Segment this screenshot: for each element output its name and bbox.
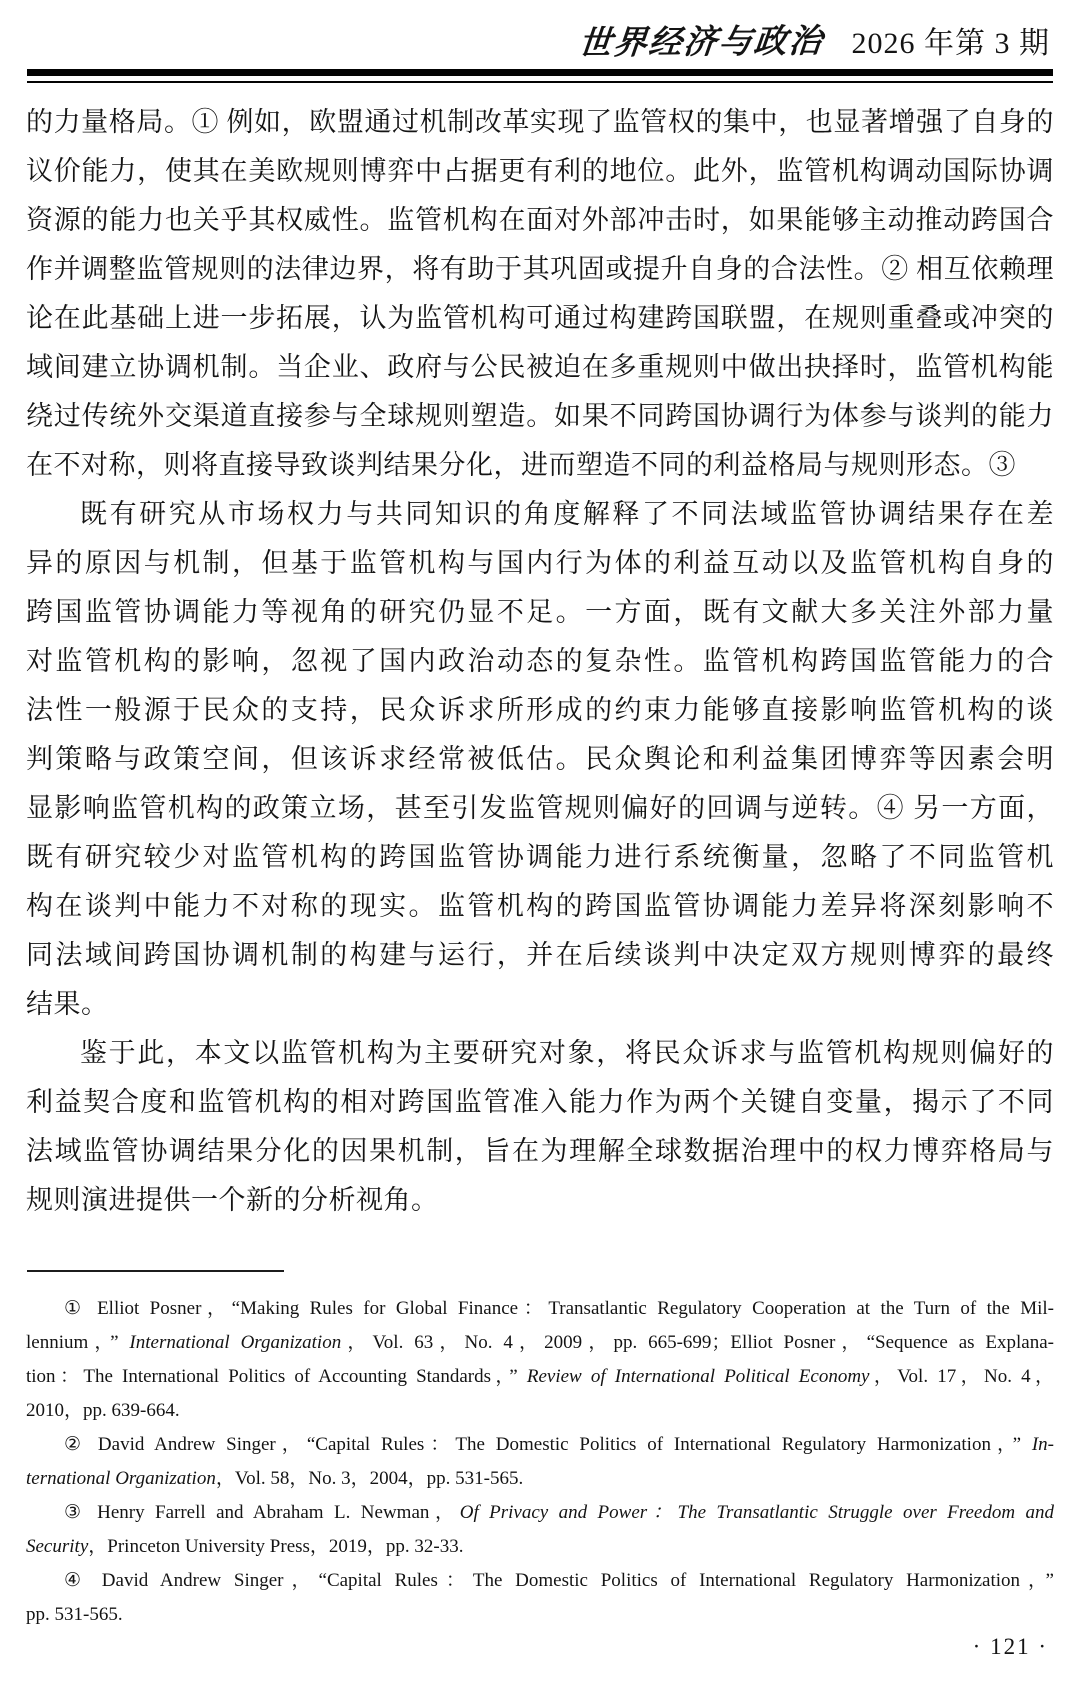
body-line: 法域监管协调结果分化的因果机制，旨在为理解全球数据治理中的权力博弈格局与 (26, 1127, 1054, 1176)
footnote-line: ③ Henry Farrell and Abraham L. Newman，Of… (26, 1496, 1054, 1530)
body-line: 资源的能力也关乎其权威性。监管机构在面对外部冲击时，如果能够主动推动跨国合 (26, 196, 1054, 245)
body-line: 结果。 (26, 980, 1054, 1029)
footnote-line: ② David Andrew Singer，“Capital Rules：The… (26, 1428, 1054, 1462)
body-line: 构在谈判中能力不对称的现实。监管机构的跨国监管协调能力差异将深刻影响不 (26, 882, 1054, 931)
footnote-line: Security，Princeton University Press，2019… (26, 1530, 1054, 1564)
body-line: 跨国监管协调能力等视角的研究仍显不足。一方面，既有文献大多关注外部力量 (26, 588, 1054, 637)
footnote-text-segment: ② David Andrew Singer，“Capital Rules：The… (64, 1434, 1032, 1455)
footnote-text-segment: ，Princeton University Press，2019，pp. 32-… (88, 1536, 463, 1557)
footnotes: ① Elliot Posner，“Making Rules for Global… (26, 1292, 1054, 1632)
body-line: 域间建立协调机制。当企业、政府与公民被迫在多重规则中做出抉择时，监管机构能够 (26, 343, 1054, 392)
body-line: 绕过传统外交渠道直接参与全球规则塑造。如果不同跨国协调行为体参与谈判的能力存 (26, 392, 1054, 441)
body-line: 同法域间跨国协调机制的构建与运行，并在后续谈判中决定双方规则博弈的最终 (26, 931, 1054, 980)
header-rule-thick (27, 69, 1053, 76)
body-line: 异的原因与机制，但基于监管机构与国内行为体的利益互动以及监管机构自身的 (26, 539, 1054, 588)
footnote-italic-segment: Of Privacy and Power：The Transatlantic S… (460, 1502, 1054, 1523)
footnote-text-segment: lennium，” (26, 1332, 129, 1353)
footnote-text-segment: tion：The International Politics of Accou… (26, 1366, 527, 1387)
footnote-italic-segment: Review of International Political Econom… (527, 1366, 870, 1387)
footnote-italic-segment: ternational Organization (26, 1468, 216, 1489)
body-line: 在不对称，则将直接导致谈判结果分化，进而塑造不同的利益格局与规则形态。③ (26, 441, 1054, 490)
journal-title-calligraphy: 世界经济与政治 (576, 15, 826, 64)
footnote-text-segment: ④ David Andrew Singer，“Capital Rules：The… (64, 1570, 1054, 1591)
body-line: 利益契合度和监管机构的相对跨国监管准入能力作为两个关键自变量，揭示了不同 (26, 1078, 1054, 1127)
footnote-text-segment: ，Vol. 17，No. 4， (869, 1366, 1054, 1387)
body-line: 鉴于此，本文以监管机构为主要研究对象，将民众诉求与监管机构规则偏好的 (26, 1029, 1054, 1078)
footnote-text-segment: pp. 531-565. (26, 1604, 123, 1625)
body-line: 既有研究从市场权力与共同知识的角度解释了不同法域监管协调结果存在差 (26, 490, 1054, 539)
body-line: 作并调整监管规则的法律边界，将有助于其巩固或提升自身的合法性。② 相互依赖理 (26, 245, 1054, 294)
footnote-text-segment: 2010，pp. 639-664. (26, 1400, 180, 1421)
body-line: 论在此基础上进一步拓展，认为监管机构可通过构建跨国联盟，在规则重叠或冲突的法 (26, 294, 1054, 343)
body-line: 法性一般源于民众的支持，民众诉求所形成的约束力能够直接影响监管机构的谈 (26, 686, 1054, 735)
footnote-line: pp. 531-565. (26, 1598, 1054, 1632)
footnote-text-segment: ① Elliot Posner，“Making Rules for Global… (64, 1298, 1054, 1319)
footnote-line: 2010，pp. 639-664. (26, 1394, 1054, 1428)
footnote-line: tion：The International Politics of Accou… (26, 1360, 1054, 1394)
footnote-line: ④ David Andrew Singer，“Capital Rules：The… (26, 1564, 1054, 1598)
footnote-separator (27, 1270, 284, 1272)
footnote-italic-segment: International Organization (129, 1332, 341, 1353)
journal-issue: 2026 年第 3 期 (852, 18, 1051, 62)
journal-page: 世界经济与政治 2026 年第 3 期 的力量格局。① 例如，欧盟通过机制改革实… (0, 0, 1080, 1689)
body-line: 规则演进提供一个新的分析视角。 (26, 1176, 1054, 1225)
body: 的力量格局。① 例如，欧盟通过机制改革实现了监管权的集中，也显著增强了自身的议价… (26, 98, 1054, 1225)
footnote-text-segment: ，Vol. 63，No. 4，2009，pp. 665-699；Elliot P… (341, 1332, 1054, 1353)
footnote-italic-segment: In- (1032, 1434, 1054, 1455)
footnote-text-segment: ，Vol. 58，No. 3，2004，pp. 531-565. (216, 1468, 523, 1489)
body-line: 议价能力，使其在美欧规则博弈中占据更有利的地位。此外，监管机构调动国际协调 (26, 147, 1054, 196)
page-header: 世界经济与政治 2026 年第 3 期 (579, 16, 1051, 63)
body-line: 既有研究较少对监管机构的跨国监管协调能力进行系统衡量，忽略了不同监管机 (26, 833, 1054, 882)
footnote-line: ternational Organization，Vol. 58，No. 3，2… (26, 1462, 1054, 1496)
page-number: · 121 · (973, 1634, 1048, 1660)
header-rule-thin (27, 81, 1053, 83)
body-line: 对监管机构的影响，忽视了国内政治动态的复杂性。监管机构跨国监管能力的合 (26, 637, 1054, 686)
body-line: 的力量格局。① 例如，欧盟通过机制改革实现了监管权的集中，也显著增强了自身的 (26, 98, 1054, 147)
footnote-italic-segment: Security (26, 1536, 88, 1557)
footnote-line: ① Elliot Posner，“Making Rules for Global… (26, 1292, 1054, 1326)
body-line: 判策略与政策空间，但该诉求经常被低估。民众舆论和利益集团博弈等因素会明 (26, 735, 1054, 784)
body-line: 显影响监管机构的政策立场，甚至引发监管规则偏好的回调与逆转。④ 另一方面， (26, 784, 1054, 833)
footnote-text-segment: ③ Henry Farrell and Abraham L. Newman， (64, 1502, 460, 1523)
footnote-line: lennium，” International Organization，Vol… (26, 1326, 1054, 1360)
